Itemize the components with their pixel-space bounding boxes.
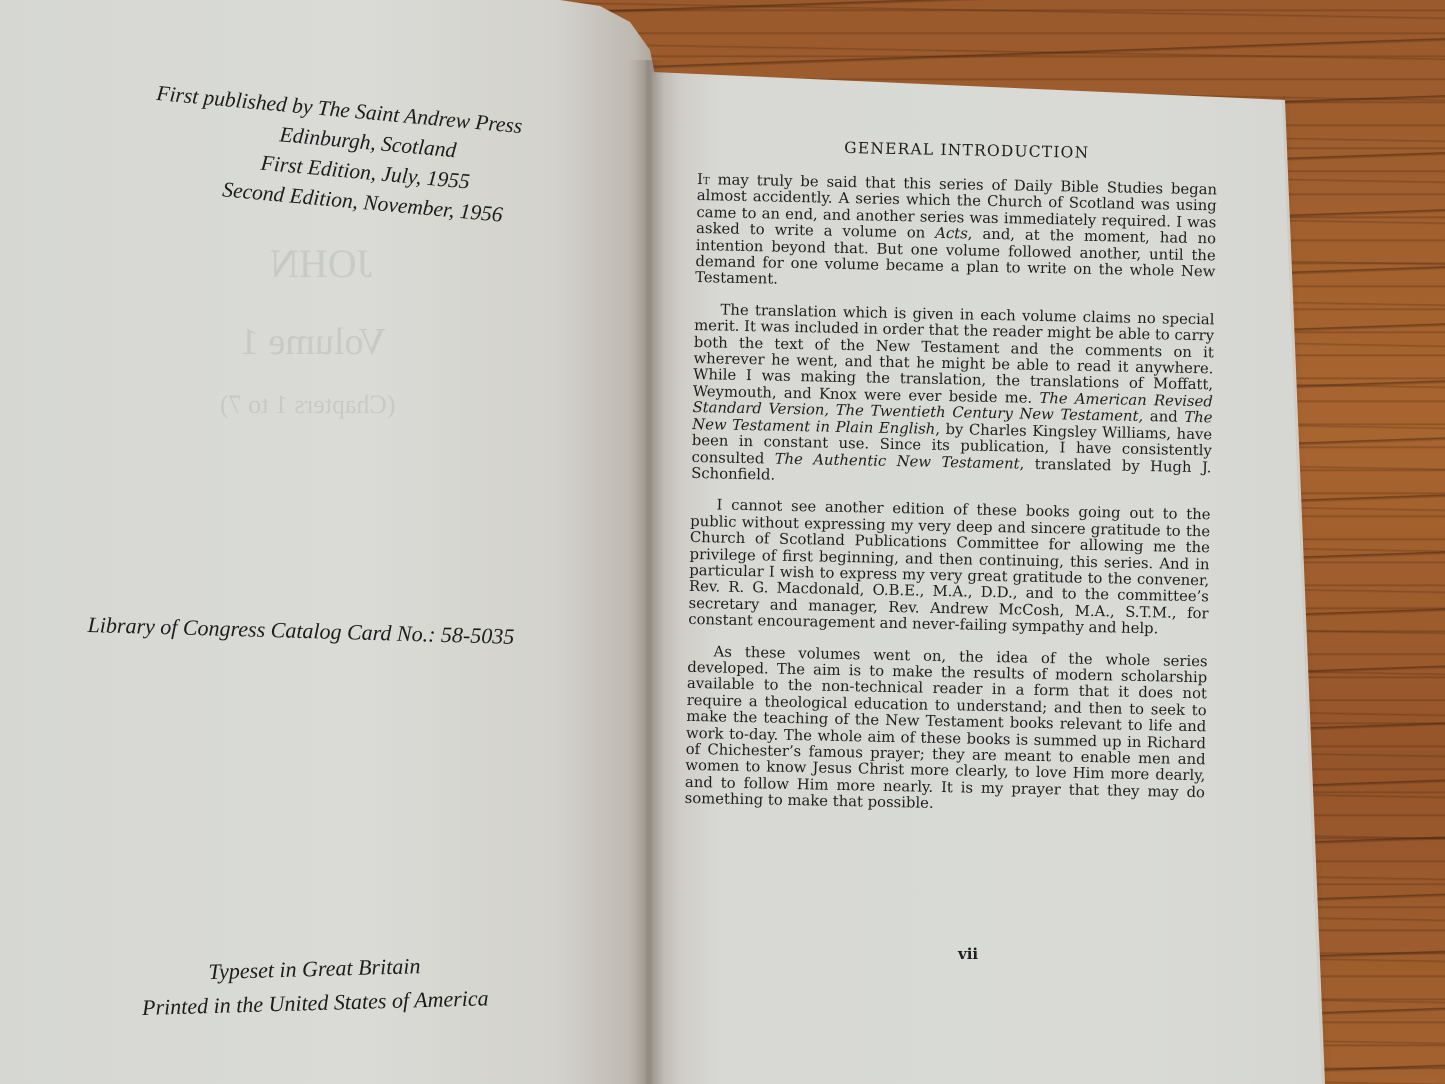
show-through-chapters: (Chapters 1 to 7) xyxy=(220,390,395,420)
intro-paragraph-1: It may truly be said that this series of… xyxy=(695,172,1217,297)
italic-title: Acts xyxy=(935,225,968,243)
intro-paragraph-2: The translation which is given in each v… xyxy=(691,302,1215,493)
printing-information: Typeset in Great Britain Printed in the … xyxy=(104,946,526,1026)
show-through-volume: Volume 1 xyxy=(240,320,386,364)
intro-paragraph-3: I cannot see another edition of these bo… xyxy=(688,497,1211,639)
small-caps-opening: It xyxy=(697,171,710,188)
general-introduction-column: GENERAL INTRODUCTION It may truly be sai… xyxy=(684,136,1218,833)
show-through-title: JOHN xyxy=(270,240,372,287)
italic-title: The Authentic New Testament xyxy=(775,450,1020,472)
intro-paragraph-4: As these volumes went on, the idea of th… xyxy=(685,643,1208,817)
page-number: vii xyxy=(958,945,978,963)
book-gutter xyxy=(628,60,664,1084)
